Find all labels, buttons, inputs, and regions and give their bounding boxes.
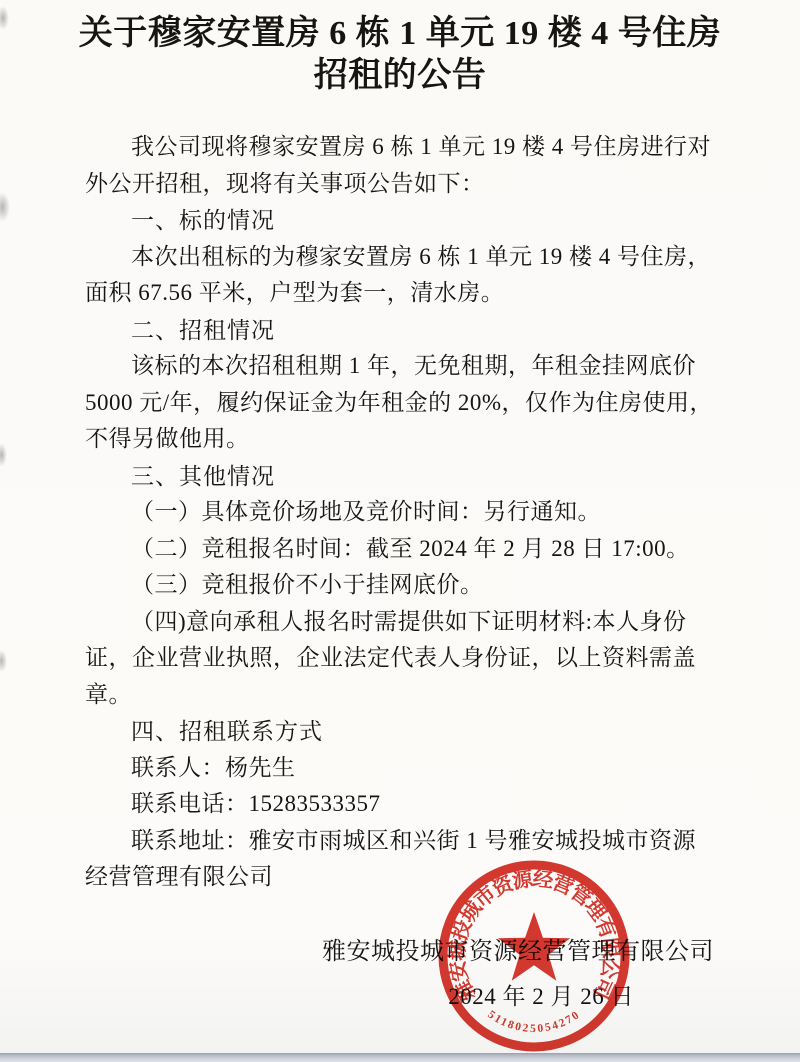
list-item-4: （四)意向承租人报名时需提供如下证明材料:本人身份证，企业营业执照，企业法定代表…: [85, 604, 714, 714]
section-heading-2: 二、招租情况: [85, 312, 714, 349]
signature-company-name: 雅安城投城市资源经营管理有限公司: [0, 936, 714, 968]
paragraph-intro: 我公司现将穆家安置房 6 栋 1 单元 19 楼 4 号住房进行对外公开招租，现…: [85, 129, 714, 202]
contact-phone-line: 联系电话：15283533357: [85, 786, 714, 823]
paragraph-subject-details: 本次出租标的为穆家安置房 6 栋 1 单元 19 楼 4 号住房，面积 67.5…: [85, 239, 714, 312]
list-item-2: （二）竞租报名时间：截至 2024 年 2 月 28 日 17:00。: [85, 531, 714, 568]
contact-person-line: 联系人：杨先生: [85, 750, 714, 787]
section-heading-1: 一、标的情况: [85, 202, 714, 239]
announcement-document-page: 关于穆家安置房 6 栋 1 单元 19 楼 4 号住房 招租的公告 我公司现将穆…: [0, 0, 800, 1062]
section-heading-4: 四、招租联系方式: [85, 713, 714, 750]
list-item-1: （一）具体竞价场地及竞价时间：另行通知。: [85, 494, 714, 531]
list-item-3: （三）竞租报价不小于挂网底价。: [85, 567, 714, 604]
document-body: 我公司现将穆家安置房 6 栋 1 单元 19 楼 4 号住房进行对外公开招租，现…: [0, 129, 800, 896]
signature-block: 雅安城投城市资源经营管理有限公司 2024 年 2 月 26 日: [0, 936, 714, 1013]
title-line-2: 招租的公告: [55, 55, 745, 97]
scan-edge-artifact: [0, 1053, 800, 1062]
title-line-1: 关于穆家安置房 6 栋 1 单元 19 楼 4 号住房: [55, 13, 745, 55]
signature-date: 2024 年 2 月 26 日: [0, 981, 714, 1013]
scan-smudge: [0, 6, 9, 30]
paragraph-rent-terms: 该标的本次招租租期 1 年，无免租期，年租金挂网底价 5000 元/年，履约保证…: [85, 348, 714, 458]
contact-address-line: 联系地址：雅安市雨城区和兴街 1 号雅安城投城市资源经营管理有限公司: [85, 823, 714, 896]
section-heading-3: 三、其他情况: [85, 458, 714, 495]
document-title: 关于穆家安置房 6 栋 1 单元 19 楼 4 号住房 招租的公告: [55, 13, 745, 97]
